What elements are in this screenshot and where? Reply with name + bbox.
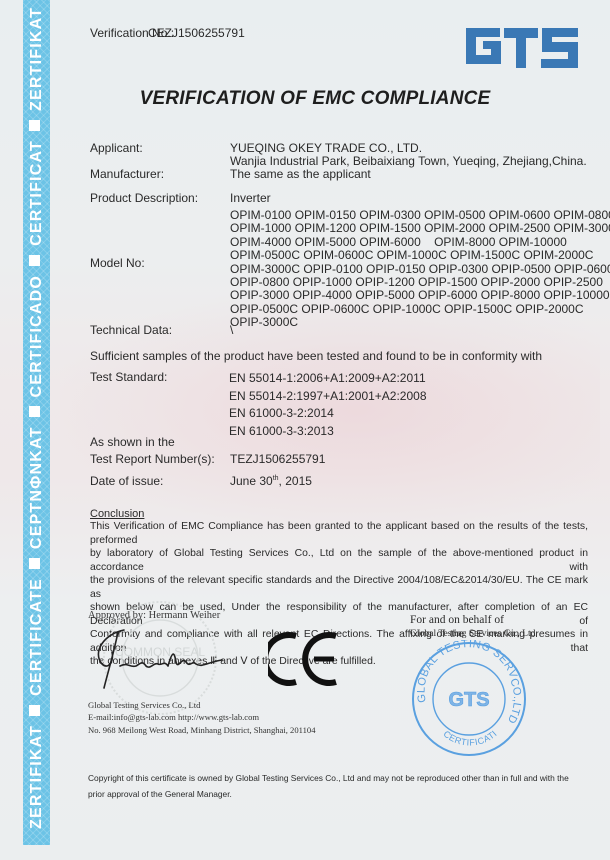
copyright-line-2: prior approval of the General Manager. (88, 786, 578, 802)
conclusion-heading: Conclusion (90, 508, 144, 520)
model-number-label: Model No: (90, 256, 145, 270)
verification-number: CEZJ1506255791 (148, 26, 245, 40)
gts-logo (464, 24, 580, 68)
test-standard-item: EN 55014-1:2006+A1:2009+A2:2011 (229, 370, 427, 388)
ce-mark (268, 632, 340, 686)
model-number-list: OPIM-0100 OPIM-0150 OPIM-0300 OPIM-0500 … (230, 209, 570, 330)
test-standard-item: EN 55014-2:1997+A1:2001+A2:2008 (229, 388, 427, 406)
conformity-statement: Sufficient samples of the product have b… (90, 349, 542, 363)
band-repeating-text: ZERTIFIKATCERTIFICATECEPTNΦNKATCERTIFICA… (29, 0, 45, 829)
model-line: OPIP-0500C OPIP-0600C OPIP-1000C OPIP-15… (230, 303, 570, 316)
model-line: OPIP-0800 OPIP-1000 OPIP-1200 OPIP-1500 … (230, 276, 570, 289)
issuer-contact: E-mail:info@gts-lab.com http://www.gts-l… (88, 712, 259, 722)
manufacturer-label: Manufacturer: (90, 167, 164, 181)
handwritten-signature (84, 622, 234, 692)
model-line: OPIM-4000 OPIM-5000 OPIM-6000 OPIM-8000 … (230, 236, 570, 249)
svg-text:GTS: GTS (448, 689, 489, 711)
manufacturer-value: The same as the applicant (230, 167, 371, 181)
applicant-address: Wanjia Industrial Park, Beibaixiang Town… (230, 154, 587, 168)
on-behalf-company: Global Testing Services Co., Ltd (410, 628, 535, 639)
applicant-name: YUEQING OKEY TRADE CO., LTD. (230, 141, 422, 155)
security-border-band: ZERTIFIKATCERTIFICATECEPTNΦNKATCERTIFICA… (23, 0, 50, 845)
date-year: , 2015 (279, 474, 312, 488)
technical-data-value: \ (230, 323, 233, 337)
applicant-label: Applicant: (90, 141, 143, 155)
conclusion-line: by laboratory of Global Testing Services… (90, 547, 588, 574)
date-of-issue-value: June 30th, 2015 (230, 474, 312, 488)
report-label-line2: Test Report Number(s): (90, 452, 215, 466)
document-title: VERIFICATION OF EMC COMPLIANCE (0, 88, 610, 110)
copyright-notice: Copyright of this certificate is owned b… (88, 770, 578, 802)
model-line: OPIM-1000 OPIM-1200 OPIM-1500 OPIM-2000 … (230, 222, 570, 235)
conclusion-line: This Verification of EMC Compliance has … (90, 520, 588, 547)
issuer-company-name: Global Testing Services Co., Ltd (88, 700, 200, 710)
test-standard-label: Test Standard: (90, 370, 167, 384)
technical-data-label: Technical Data: (90, 323, 172, 337)
model-line: OPIP-3000 OPIP-4000 OPIP-5000 OPIP-6000 … (230, 289, 570, 302)
product-description-value: Inverter (230, 191, 271, 205)
company-stamp: GLOBAL TESTING SERVICES CO.,LTD CERTIFIC… (410, 640, 528, 758)
svg-text:CO.,LTD: CO.,LTD (505, 677, 523, 725)
model-line: OPIM-3000C OPIP-0100 OPIP-0150 OPIP-0300… (230, 263, 570, 276)
product-description-label: Product Description: (90, 191, 198, 205)
date-of-issue-label: Date of issue: (90, 474, 163, 488)
test-standard-item: EN 61000-3-3:2013 (229, 423, 427, 441)
test-standard-item: EN 61000-3-2:2014 (229, 405, 427, 423)
approved-by: Approved by: Hermann Weiher (88, 610, 220, 621)
test-standard-list: EN 55014-1:2006+A1:2009+A2:2011EN 55014-… (229, 370, 427, 440)
model-line: OPIM-0100 OPIM-0150 OPIM-0300 OPIM-0500 … (230, 209, 570, 222)
copyright-line-1: Copyright of this certificate is owned b… (88, 770, 578, 786)
test-report-number: TEZJ1506255791 (230, 452, 325, 466)
model-line: OPIM-0500C OPIM-0600C OPIM-1000C OPIM-15… (230, 249, 570, 262)
date-day: June 30 (230, 474, 273, 488)
conclusion-line: the provisions of the relevant specific … (90, 574, 588, 601)
report-label-line1: As shown in the (90, 435, 175, 449)
issuer-address: No. 968 Meilong West Road, Minhang Distr… (88, 725, 316, 735)
model-line: OPIP-3000C (230, 316, 570, 329)
on-behalf-label: For and on behalf of (410, 614, 504, 626)
